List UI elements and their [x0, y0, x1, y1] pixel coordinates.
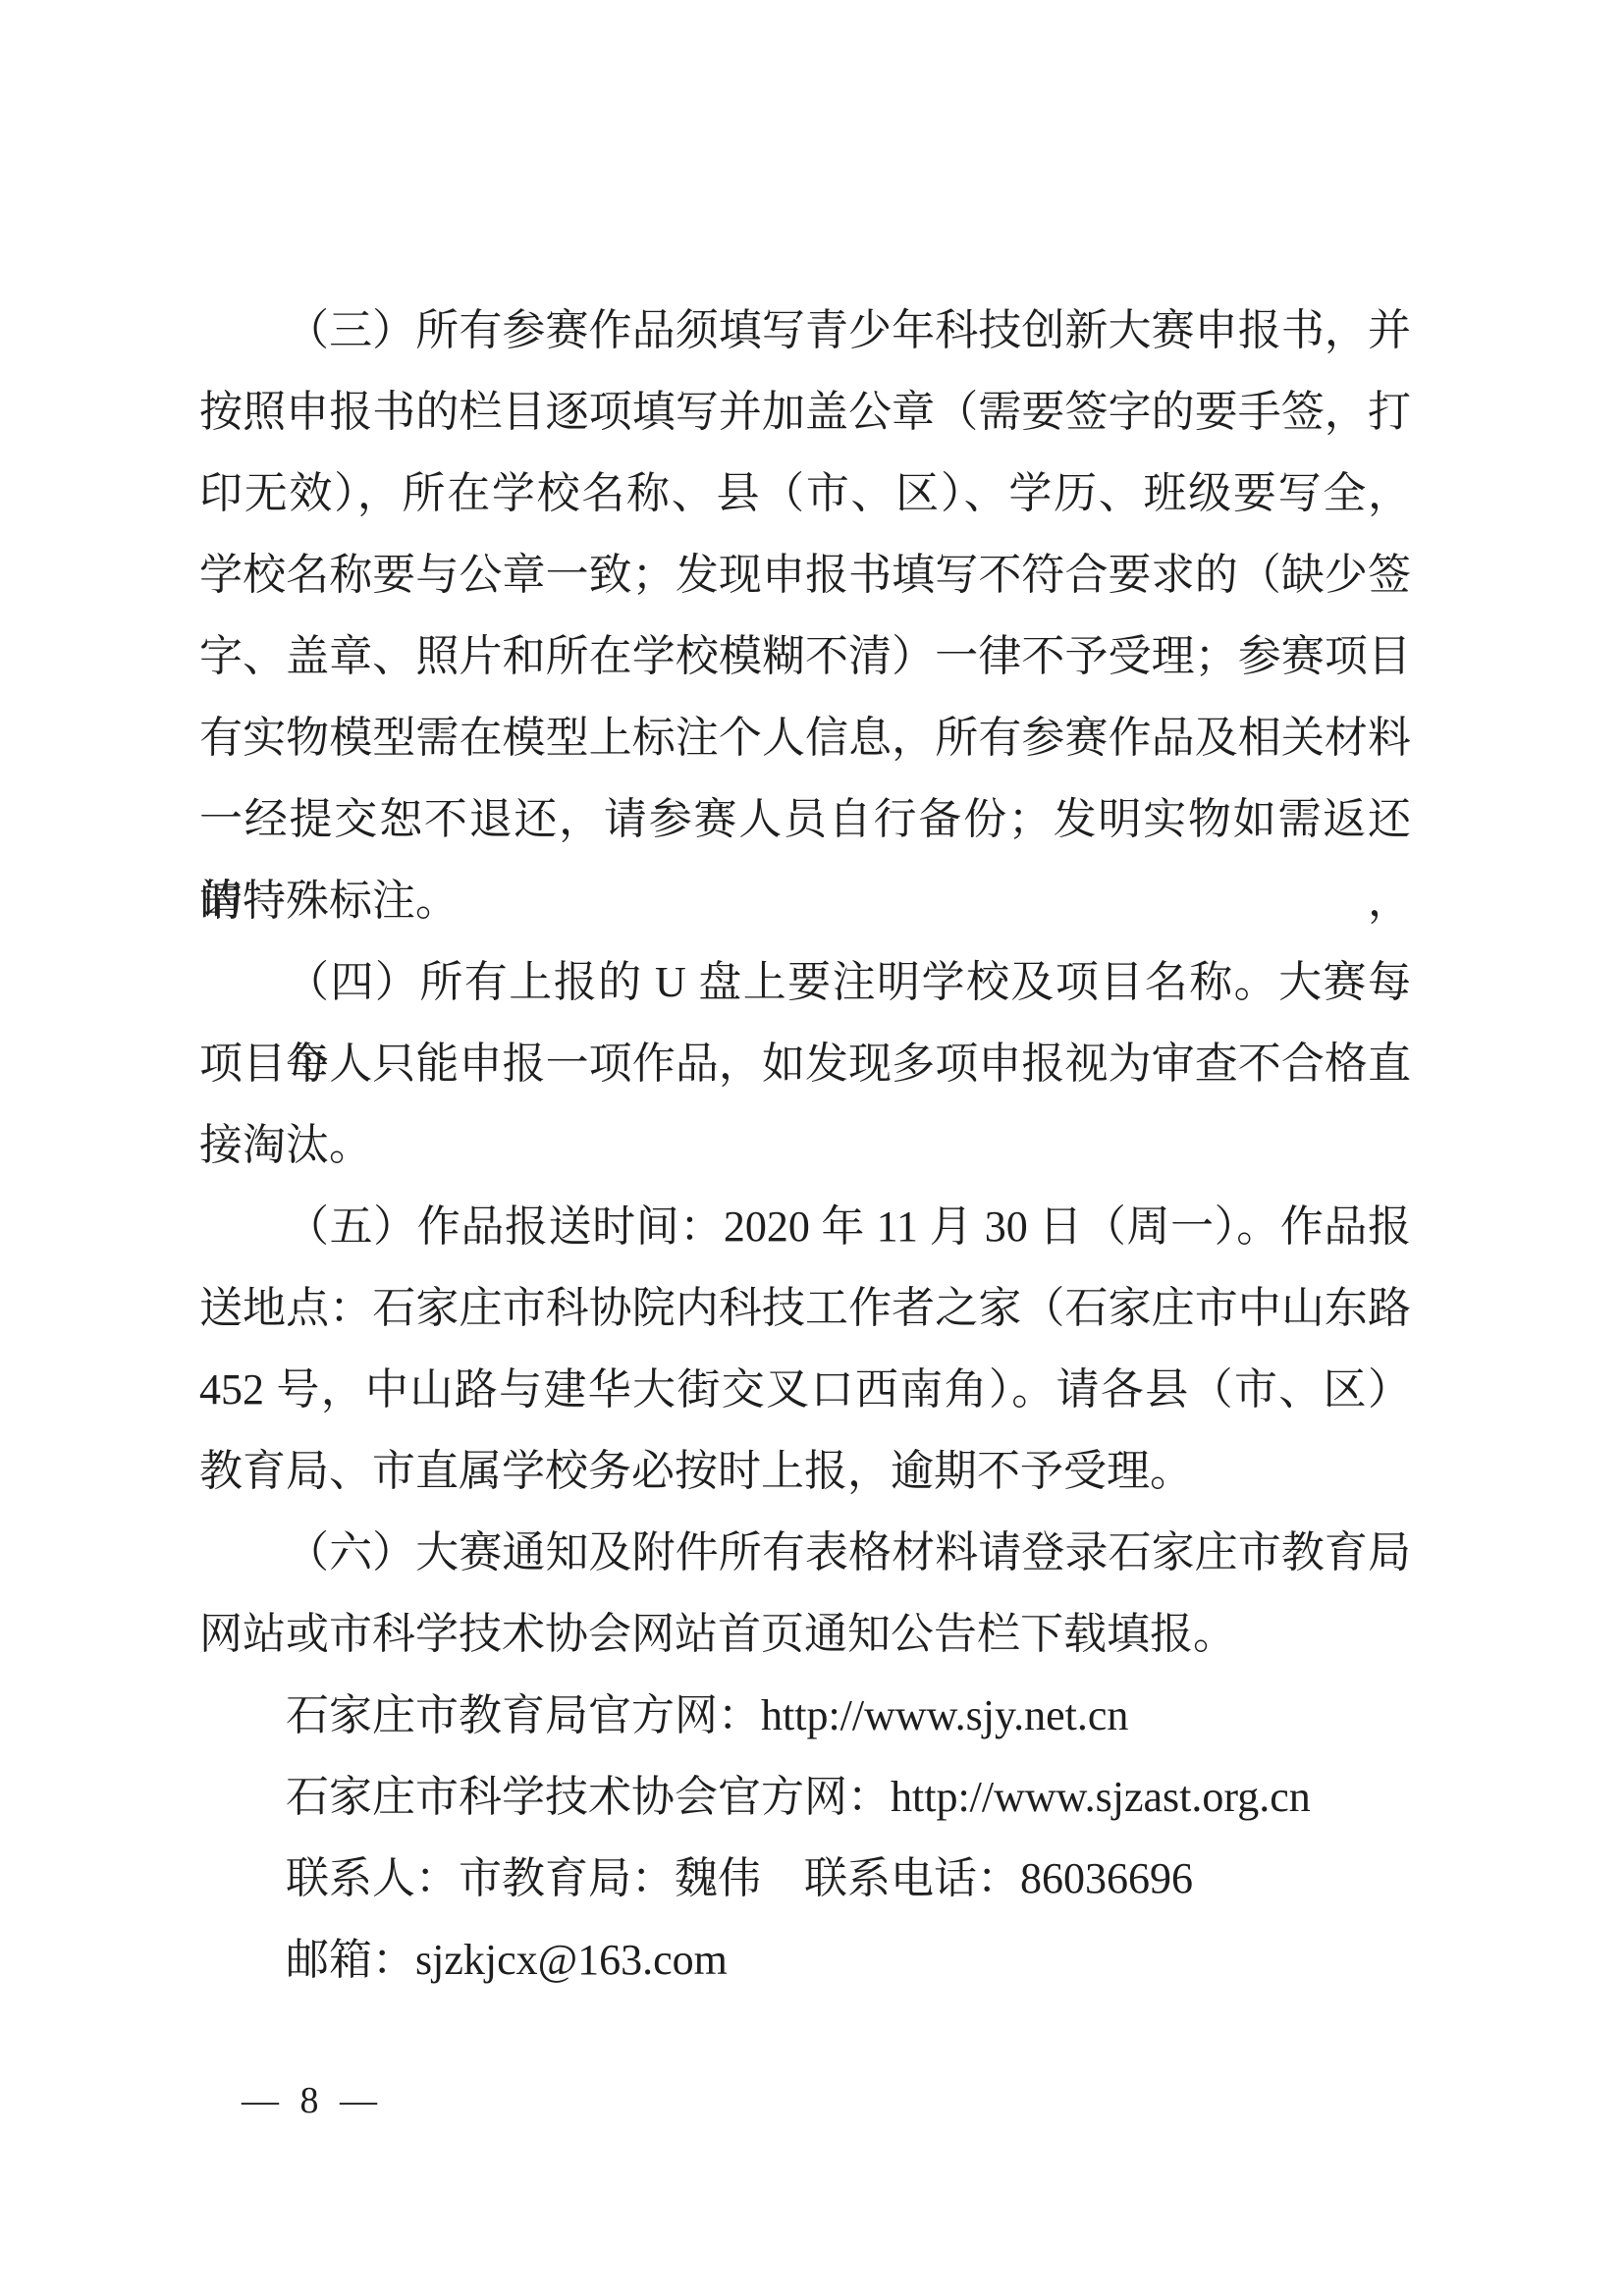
body-line: （六）大赛通知及附件所有表格材料请登录石家庄市教育局 — [199, 1512, 1411, 1593]
body-line-contact-info: 联系人：市教育局：魏伟 联系电话：86036696 — [199, 1838, 1411, 1919]
body-line: 送地点：石家庄市科协院内科技工作者之家（石家庄市中山东路 — [199, 1267, 1411, 1349]
body-line: （三）所有参赛作品须填写青少年科技创新大赛申报书，并 — [199, 290, 1411, 371]
body-line: 学校名称要与公章一致；发现申报书填写不符合要求的（缺少签 — [199, 534, 1411, 615]
body-line: 项目每人只能申报一项作品，如发现多项申报视为审查不合格直 — [199, 1023, 1411, 1104]
body-line: 接淘汰。 — [199, 1104, 1411, 1186]
page-number: — 8 — — [242, 2073, 383, 2128]
body-line: 教育局、市直属学校务必按时上报，逾期不予受理。 — [199, 1430, 1411, 1512]
body-line: （四）所有上报的 U 盘上要注明学校及项目名称。大赛每个 — [199, 941, 1411, 1023]
body-line: 字、盖章、照片和所在学校模糊不清）一律不予受理；参赛项目 — [199, 615, 1411, 697]
document-page: （三）所有参赛作品须填写青少年科技创新大赛申报书，并 按照申报书的栏目逐项填写并… — [0, 0, 1624, 2296]
body-line: 按照申报书的栏目逐项填写并加盖公章（需要签字的要手签，打 — [199, 371, 1411, 453]
body-line-education-bureau-url: 石家庄市教育局官方网：http://www.sjy.net.cn — [199, 1675, 1411, 1756]
body-line: 网站或市科学技术协会网站首页通知公告栏下载填报。 — [199, 1593, 1411, 1675]
body-line: 有实物模型需在模型上标注个人信息，所有参赛作品及相关材料 — [199, 697, 1411, 778]
body-line: 452 号，中山路与建华大街交叉口西南角）。请各县（市、区） — [199, 1349, 1411, 1430]
body-line: 一经提交恕不退还，请参赛人员自行备份；发明实物如需返还的， — [199, 778, 1411, 860]
body-line: 印无效），所在学校名称、县（市、区）、学历、班级要写全， — [199, 453, 1411, 534]
document-body: （三）所有参赛作品须填写青少年科技创新大赛申报书，并 按照申报书的栏目逐项填写并… — [199, 290, 1411, 2001]
body-line-email: 邮箱：sjzkjcx@163.com — [199, 1919, 1411, 2001]
body-line-science-assoc-url: 石家庄市科学技术协会官方网：http://www.sjzast.org.cn — [199, 1756, 1411, 1838]
body-line: （五）作品报送时间：2020 年 11 月 30 日（周一）。作品报 — [199, 1186, 1411, 1267]
